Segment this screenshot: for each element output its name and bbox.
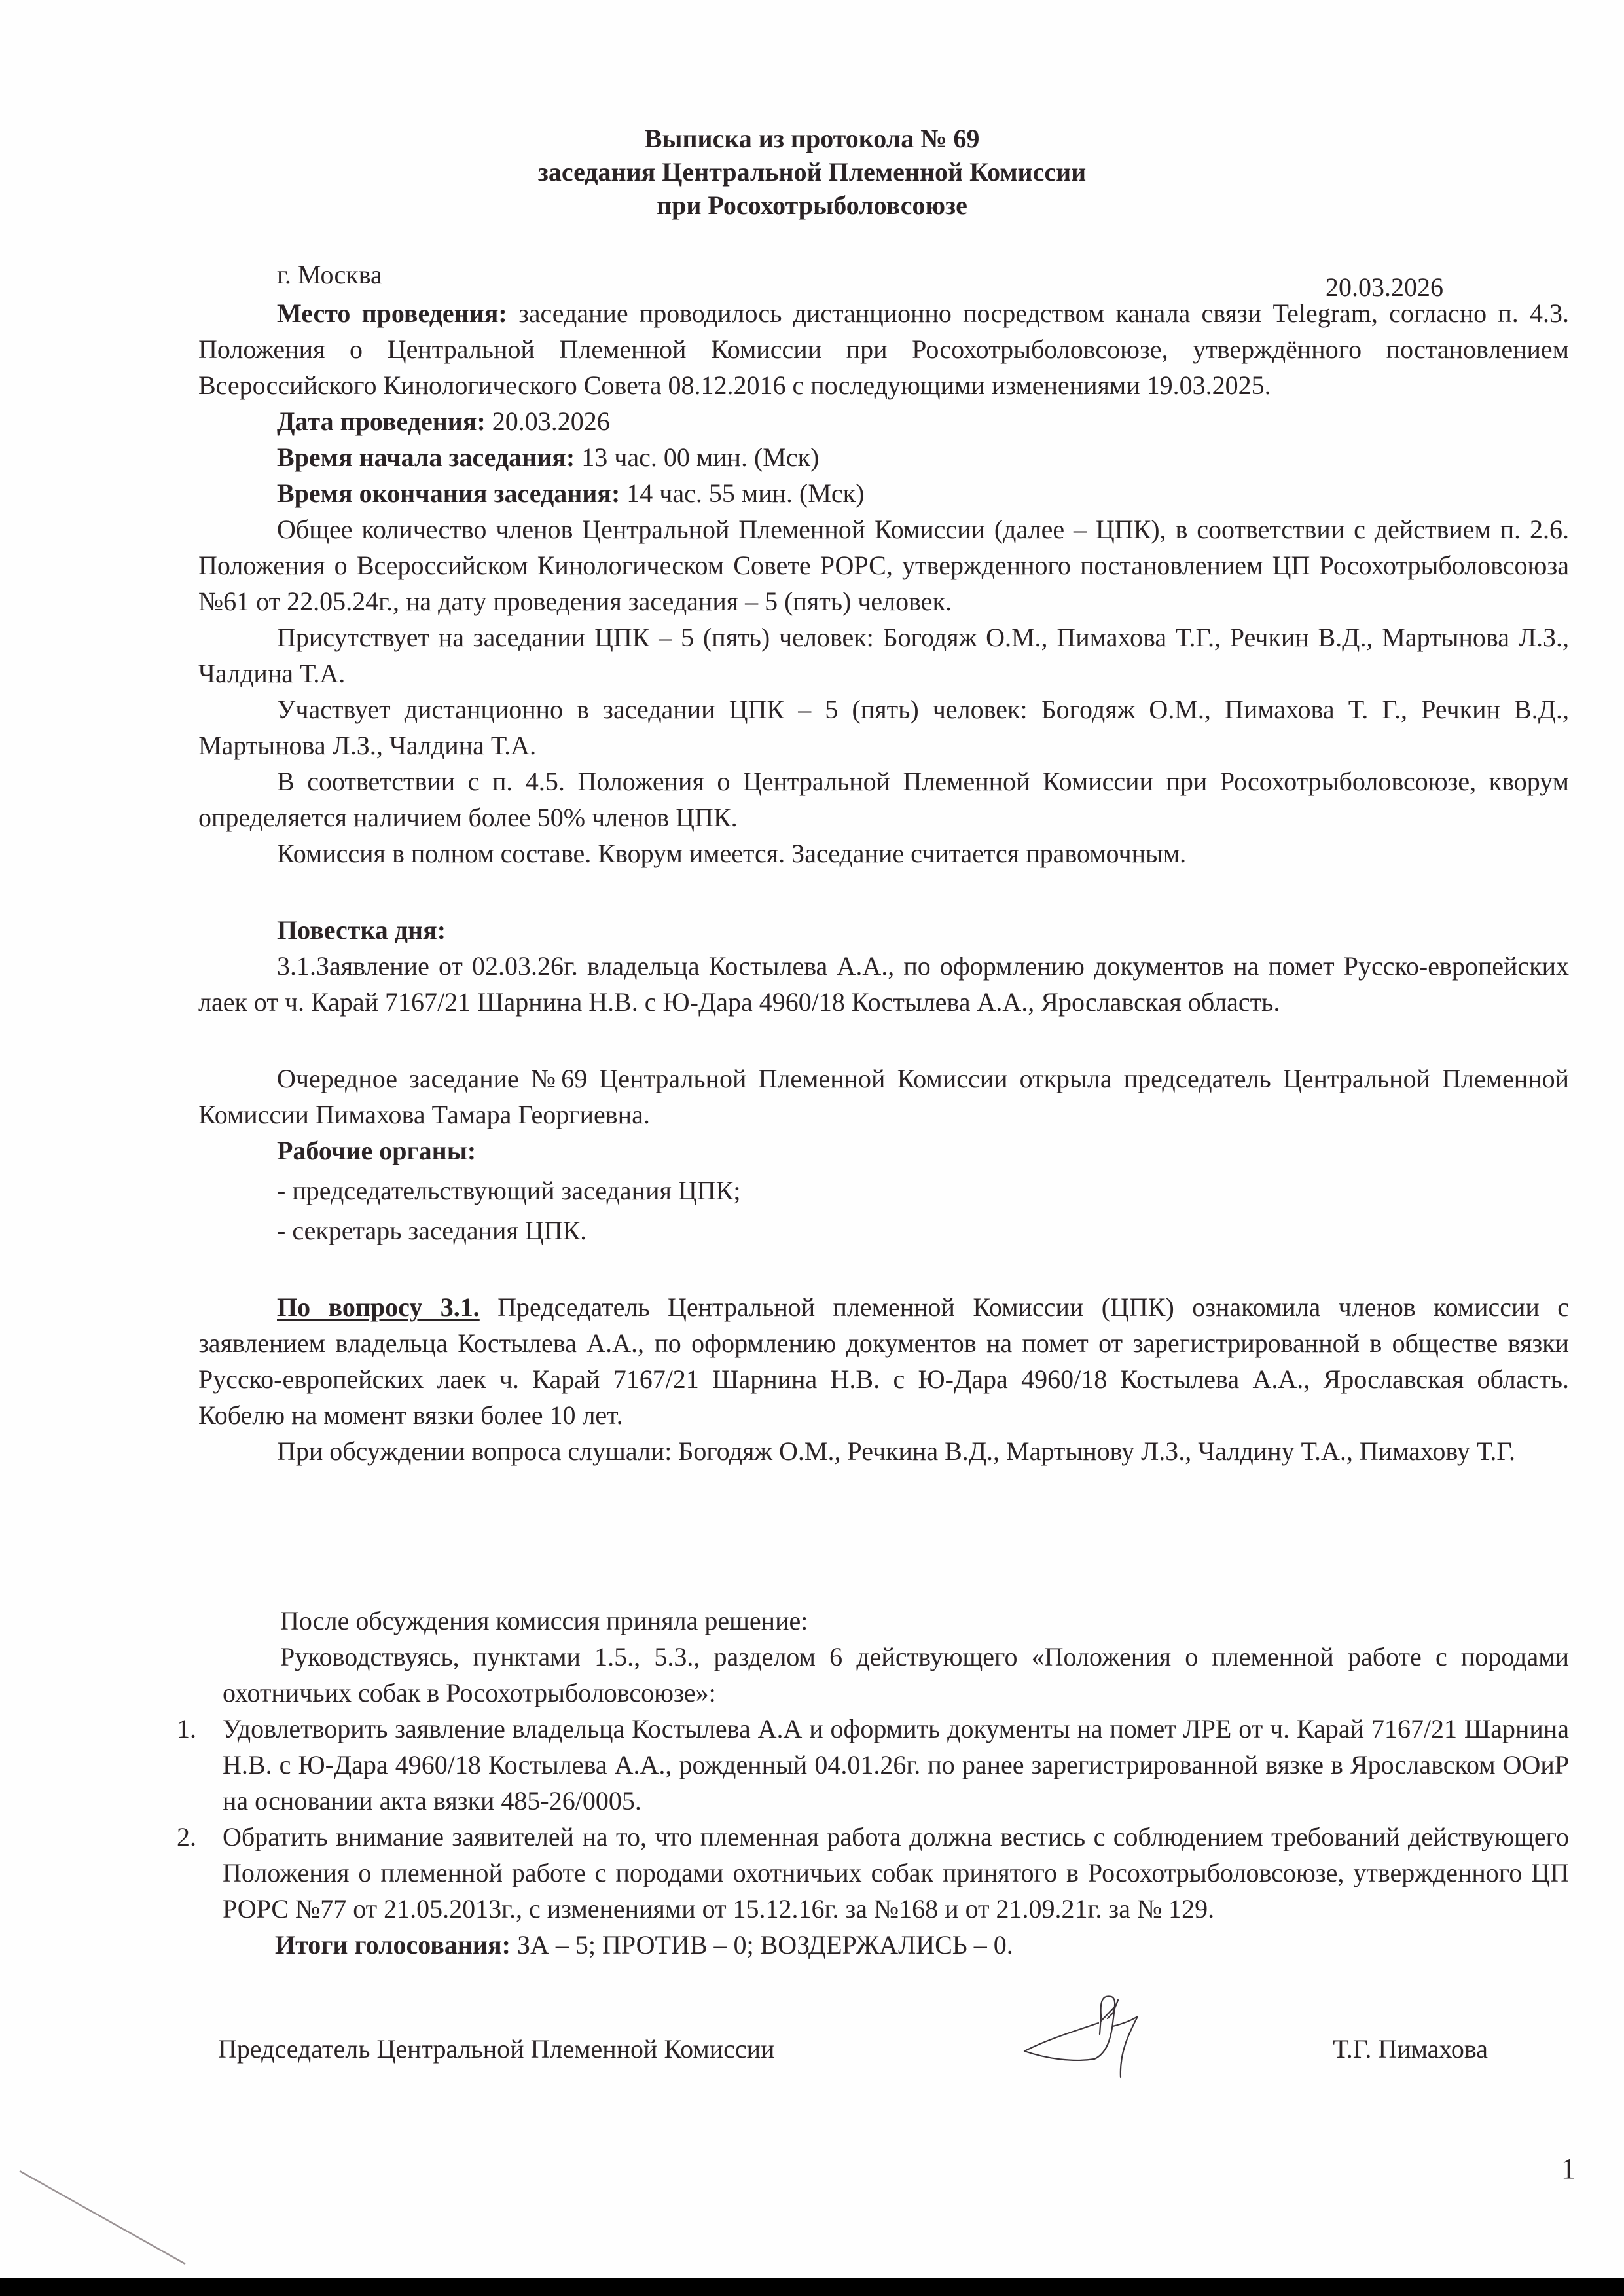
decision-intro: После обсуждения комиссия приняла решени… bbox=[223, 1603, 1569, 1639]
vote-results: Итоги голосования: ЗА – 5; ПРОТИВ – 0; В… bbox=[223, 1927, 1569, 1963]
decision-item-text: Обратить внимание заявителей на то, что … bbox=[223, 1822, 1569, 1923]
agenda-label: Повестка дня: bbox=[277, 915, 446, 945]
working-body-item: - председательствующий заседания ЦПК; bbox=[198, 1173, 1569, 1209]
signatory-name: Т.Г. Пимахова bbox=[1333, 2033, 1488, 2066]
quorum-status-paragraph: Комиссия в полном составе. Кворум имеетс… bbox=[198, 835, 1569, 871]
end-time-label: Время окончания заседания: bbox=[277, 479, 620, 508]
title-line-2: заседания Центральной Племенной Комиссии bbox=[0, 155, 1624, 189]
decision-section: После обсуждения комиссия приняла решени… bbox=[223, 1603, 1569, 1963]
start-time: Время начала заседания: 13 час. 00 мин. … bbox=[198, 439, 1569, 475]
start-time-value: 13 час. 00 мин. (Мск) bbox=[575, 443, 819, 472]
meeting-date: Дата проведения: 20.03.2026 bbox=[198, 403, 1569, 439]
spacer bbox=[198, 1020, 1569, 1061]
title-line-1: Выписка из протокола № 69 bbox=[0, 122, 1624, 155]
handwritten-signature bbox=[1021, 1994, 1152, 2079]
members-total-paragraph: Общее количество членов Центральной Плем… bbox=[198, 511, 1569, 619]
document-page: Выписка из протокола № 69 заседания Цент… bbox=[0, 0, 1624, 2278]
decision-item-number: 2. bbox=[177, 1819, 196, 1855]
start-time-label: Время начала заседания: bbox=[277, 443, 575, 472]
spacer bbox=[198, 871, 1569, 912]
venue-label: Место проведения: bbox=[277, 299, 507, 328]
city: г. Москва bbox=[277, 259, 382, 291]
venue-paragraph: Место проведения: заседание проводилось … bbox=[198, 295, 1569, 403]
discussion-paragraph: При обсуждении вопроса слушали: Богодяж … bbox=[198, 1433, 1569, 1469]
working-bodies-label: Рабочие органы: bbox=[277, 1136, 476, 1165]
decision-list: 1. Удовлетворить заявление владельца Кос… bbox=[223, 1711, 1569, 1927]
working-body-item: - секретарь заседания ЦПК. bbox=[198, 1212, 1569, 1248]
decision-basis: Руководствуясь, пунктами 1.5., 5.3., раз… bbox=[223, 1639, 1569, 1711]
scan-border bbox=[0, 2278, 1624, 2296]
document-title: Выписка из протокола № 69 заседания Цент… bbox=[0, 122, 1624, 222]
end-time: Время окончания заседания: 14 час. 55 ми… bbox=[198, 475, 1569, 511]
question-label: По вопросу 3.1. bbox=[277, 1292, 480, 1322]
scan-artifact-line bbox=[0, 2160, 209, 2278]
meeting-date-label: Дата проведения: bbox=[277, 407, 486, 436]
meeting-date-value: 20.03.2026 bbox=[486, 407, 610, 436]
end-time-value: 14 час. 55 мин. (Мск) bbox=[620, 479, 864, 508]
question-paragraph: По вопросу 3.1. Председатель Центральной… bbox=[198, 1289, 1569, 1433]
protocol-body: Место проведения: заседание проводилось … bbox=[198, 295, 1569, 1469]
agenda-heading: Повестка дня: bbox=[198, 912, 1569, 948]
decision-item: 2. Обратить внимание заявителей на то, ч… bbox=[223, 1819, 1569, 1927]
title-line-3: при Росохотрыболовсоюзе bbox=[0, 189, 1624, 222]
decision-item: 1. Удовлетворить заявление владельца Кос… bbox=[223, 1711, 1569, 1819]
decision-item-number: 1. bbox=[177, 1711, 196, 1747]
present-paragraph: Присутствует на заседании ЦПК – 5 (пять)… bbox=[198, 619, 1569, 691]
decision-item-text: Удовлетворить заявление владельца Костыл… bbox=[223, 1714, 1569, 1815]
spacer bbox=[198, 1248, 1569, 1289]
agenda-item: 3.1.Заявление от 02.03.26г. владельца Ко… bbox=[198, 948, 1569, 1020]
page-number: 1 bbox=[1561, 2153, 1576, 2185]
vote-text: ЗА – 5; ПРОТИВ – 0; ВОЗДЕРЖАЛИСЬ – 0. bbox=[511, 1930, 1013, 1959]
signatory-role: Председатель Центральной Племенной Комис… bbox=[218, 2033, 774, 2066]
vote-label: Итоги голосования: bbox=[275, 1930, 511, 1959]
opening-paragraph: Очередное заседание №69 Центральной Плем… bbox=[198, 1061, 1569, 1133]
remote-paragraph: Участвует дистанционно в заседании ЦПК –… bbox=[198, 691, 1569, 763]
quorum-rule-paragraph: В соответствии с п. 4.5. Положения о Цен… bbox=[198, 763, 1569, 835]
working-bodies-heading: Рабочие органы: bbox=[198, 1133, 1569, 1169]
